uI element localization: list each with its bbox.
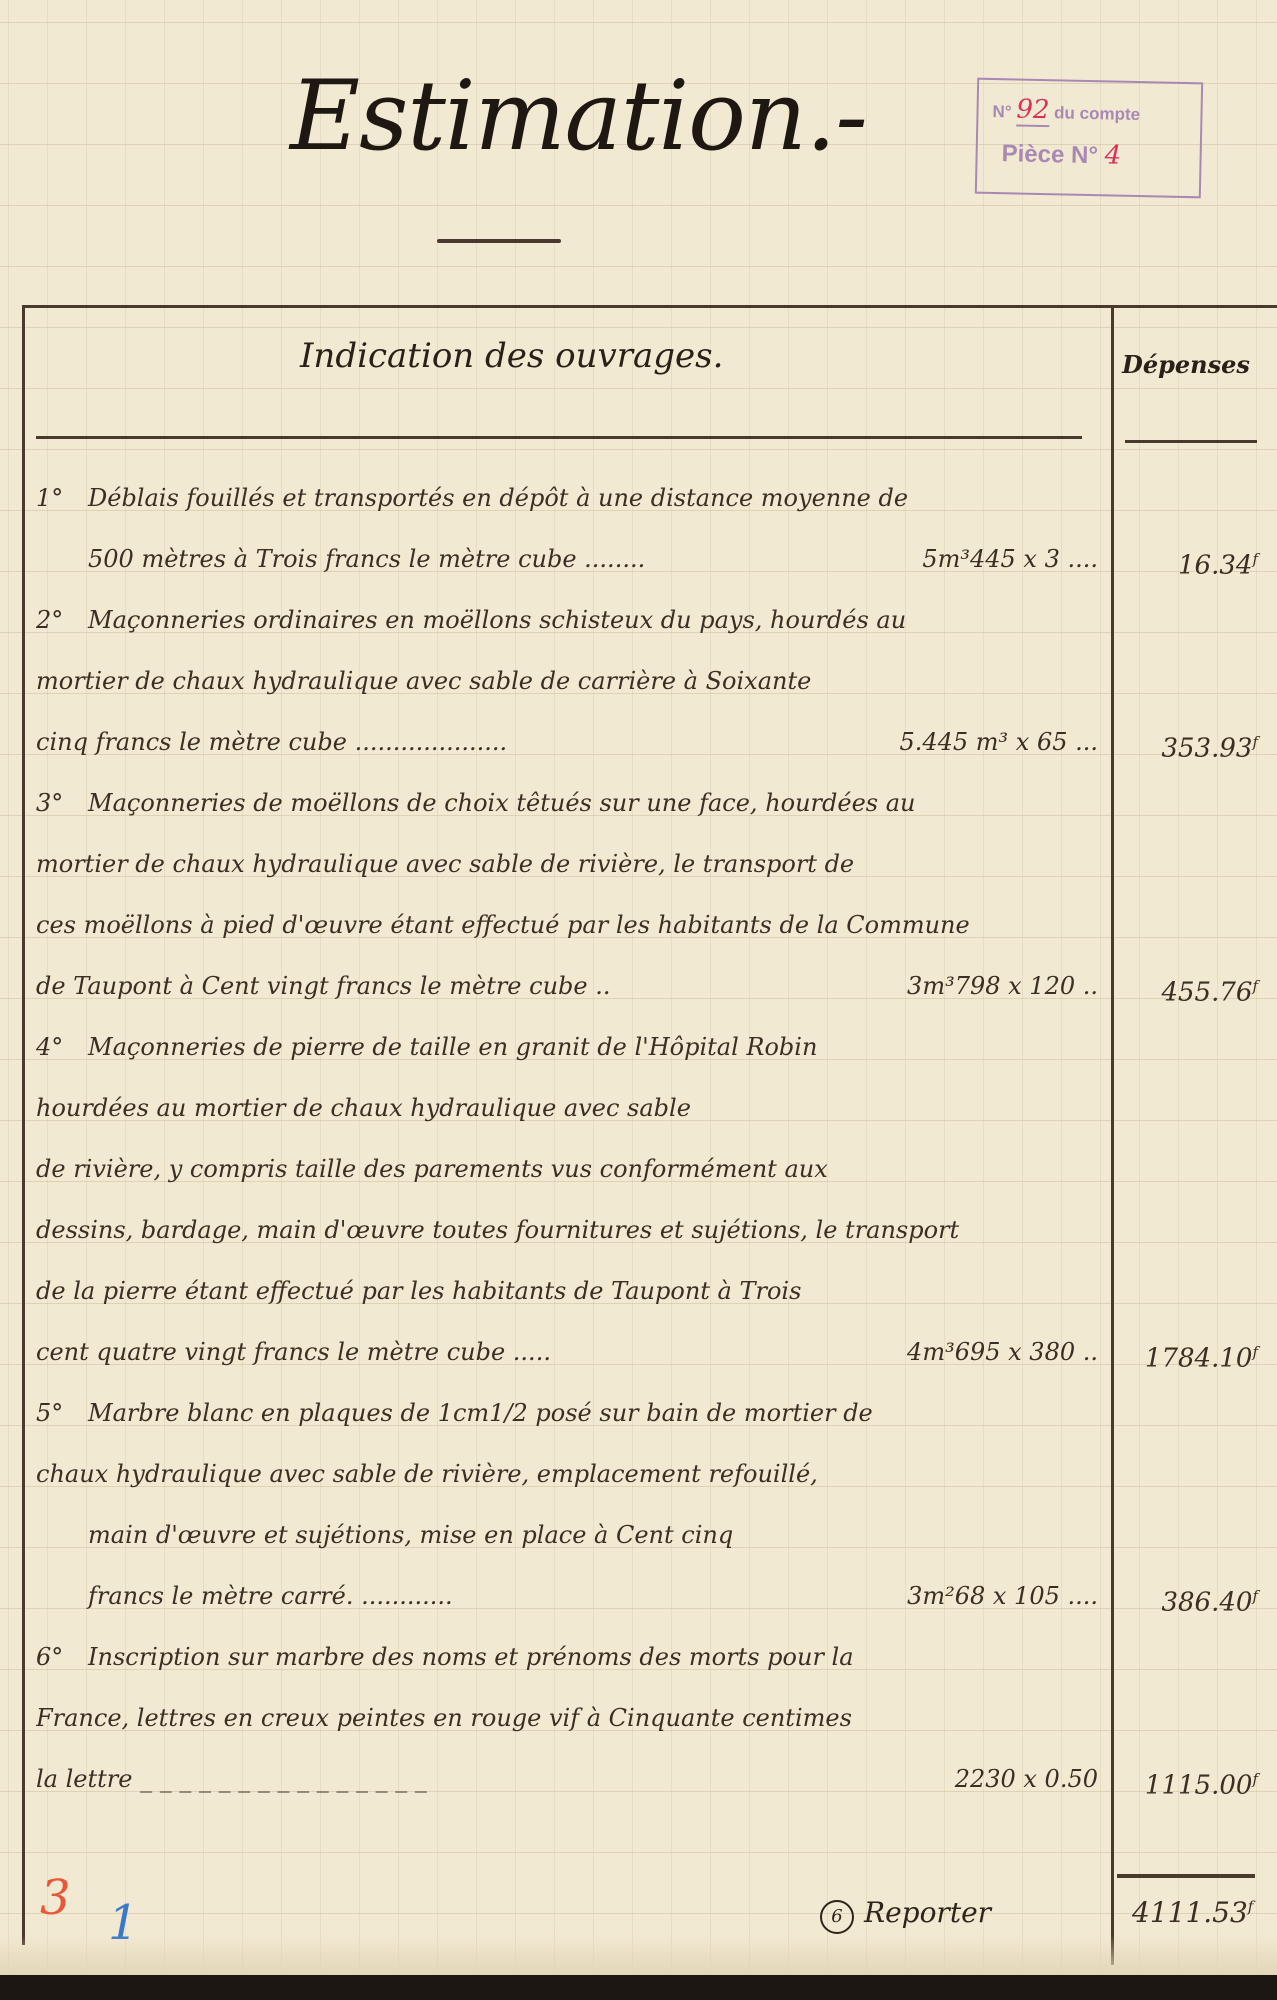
carry-forward-mark: 6 [820, 1900, 854, 1934]
title-underline [437, 239, 561, 243]
item-3-line-3: ces moëllons à pied d'œuvre étant effect… [36, 895, 1106, 956]
document-title: Estimation.- [290, 60, 867, 172]
item-3-calculation: 3m³798 x 120 .. [907, 956, 1098, 1017]
margin-mark-blue: 1 [108, 1895, 139, 1951]
item-1-number: 1° [36, 468, 88, 529]
item-6-number: 6° [36, 1627, 88, 1688]
item-6-calculation: 2230 x 0.50 [955, 1749, 1098, 1810]
column-divider [1111, 305, 1114, 1965]
header-rule-amount [1125, 440, 1257, 443]
item-4-line-6: cent quatre vingt francs le mètre cube .… [36, 1322, 1106, 1383]
carry-forward-total: 4111.53f [1132, 1896, 1253, 1929]
stamp-piece-number: 4 [1104, 140, 1121, 170]
item-2-line-2: mortier de chaux hydraulique avec sable … [36, 651, 1106, 712]
item-1-calculation: 5m³445 x 3 .... [922, 529, 1098, 590]
column-header-amount: Dépenses [1122, 350, 1250, 379]
item-2-number: 2° [36, 590, 88, 651]
item-5-line-3: main d'œuvre et sujétions, mise en place… [36, 1505, 1106, 1566]
item-5-line-1: 5°Marbre blanc en plaques de 1cm1/2 posé… [36, 1383, 1106, 1444]
column-header-description: Indication des ouvrages. [300, 336, 723, 376]
item-4-amount: 1784.10f [1145, 1322, 1258, 1383]
stamp-piece-label: Pièce N° [1001, 140, 1098, 169]
item-1-amount: 16.34f [1178, 529, 1258, 590]
item-3-line-4: de Taupont à Cent vingt francs le mètre … [36, 956, 1106, 1017]
item-3-number: 3° [36, 773, 88, 834]
item-3-amount: 455.76f [1161, 956, 1258, 1017]
item-1-line-2: 500 mètres à Trois francs le mètre cube … [36, 529, 1106, 590]
header-rule-description [36, 436, 1082, 439]
item-4-line-4: dessins, bardage, main d'œuvre toutes fo… [36, 1200, 1106, 1261]
item-6-line-1: 6°Inscription sur marbre des noms et pré… [36, 1627, 1106, 1688]
item-3-line-1: 3°Maçonneries de moëllons de choix têtué… [36, 773, 1106, 834]
item-4-line-3: de rivière, y compris taille des paremen… [36, 1139, 1106, 1200]
item-1-line-1: 1°Déblais fouillés et transportés en dép… [36, 468, 1106, 529]
item-5-line-2: chaux hydraulique avec sable de rivière,… [36, 1444, 1106, 1505]
item-4-line-5: de la pierre étant effectué par les habi… [36, 1261, 1106, 1322]
item-2-line-3: cinq francs le mètre cube ..............… [36, 712, 1106, 773]
item-5-number: 5° [36, 1383, 88, 1444]
item-2-line-1: 2°Maçonneries ordinaires en moëllons sch… [36, 590, 1106, 651]
table-left-border [22, 305, 25, 1945]
carry-forward-label: 6Reporter [820, 1896, 991, 1934]
item-5-line-4: francs le mètre carré. ............3m²68… [36, 1566, 1106, 1627]
item-4-line-2: hourdées au mortier de chaux hydraulique… [36, 1078, 1106, 1139]
stamp-account-number: 92 [1016, 94, 1050, 125]
stamp-no-label: N° [992, 102, 1011, 121]
stamp-account-suffix: du compte [1054, 103, 1140, 124]
item-5-calculation: 3m²68 x 105 .... [907, 1566, 1098, 1627]
item-2-amount: 353.93f [1161, 712, 1258, 773]
item-4-calculation: 4m³695 x 380 .. [907, 1322, 1098, 1383]
document-page: Estimation.- N° 92 du compte Pièce N° 4 … [0, 0, 1277, 1975]
item-4-line-1: 4°Maçonneries de pierre de taille en gra… [36, 1017, 1106, 1078]
item-3-line-2: mortier de chaux hydraulique avec sable … [36, 834, 1106, 895]
archive-stamp: N° 92 du compte Pièce N° 4 [975, 78, 1203, 199]
total-rule [1117, 1874, 1255, 1878]
table-top-border [22, 305, 1277, 308]
item-4-number: 4° [36, 1017, 88, 1078]
item-6-amount: 1115.00f [1145, 1749, 1258, 1810]
item-5-amount: 386.40f [1161, 1566, 1258, 1627]
item-descriptions: 1°Déblais fouillés et transportés en dép… [36, 468, 1106, 1810]
stamp-account-row: N° 92 du compte [992, 94, 1140, 129]
item-6-line-3: la lettre _ _ _ _ _ _ _ _ _ _ _ _ _ _ _2… [36, 1749, 1106, 1810]
item-6-line-2: France, lettres en creux peintes en roug… [36, 1688, 1106, 1749]
stamp-piece-row: Pièce N° 4 [1001, 138, 1121, 170]
item-2-calculation: 5.445 m³ x 65 ... [899, 712, 1098, 773]
margin-mark-red: 3 [40, 1870, 71, 1926]
